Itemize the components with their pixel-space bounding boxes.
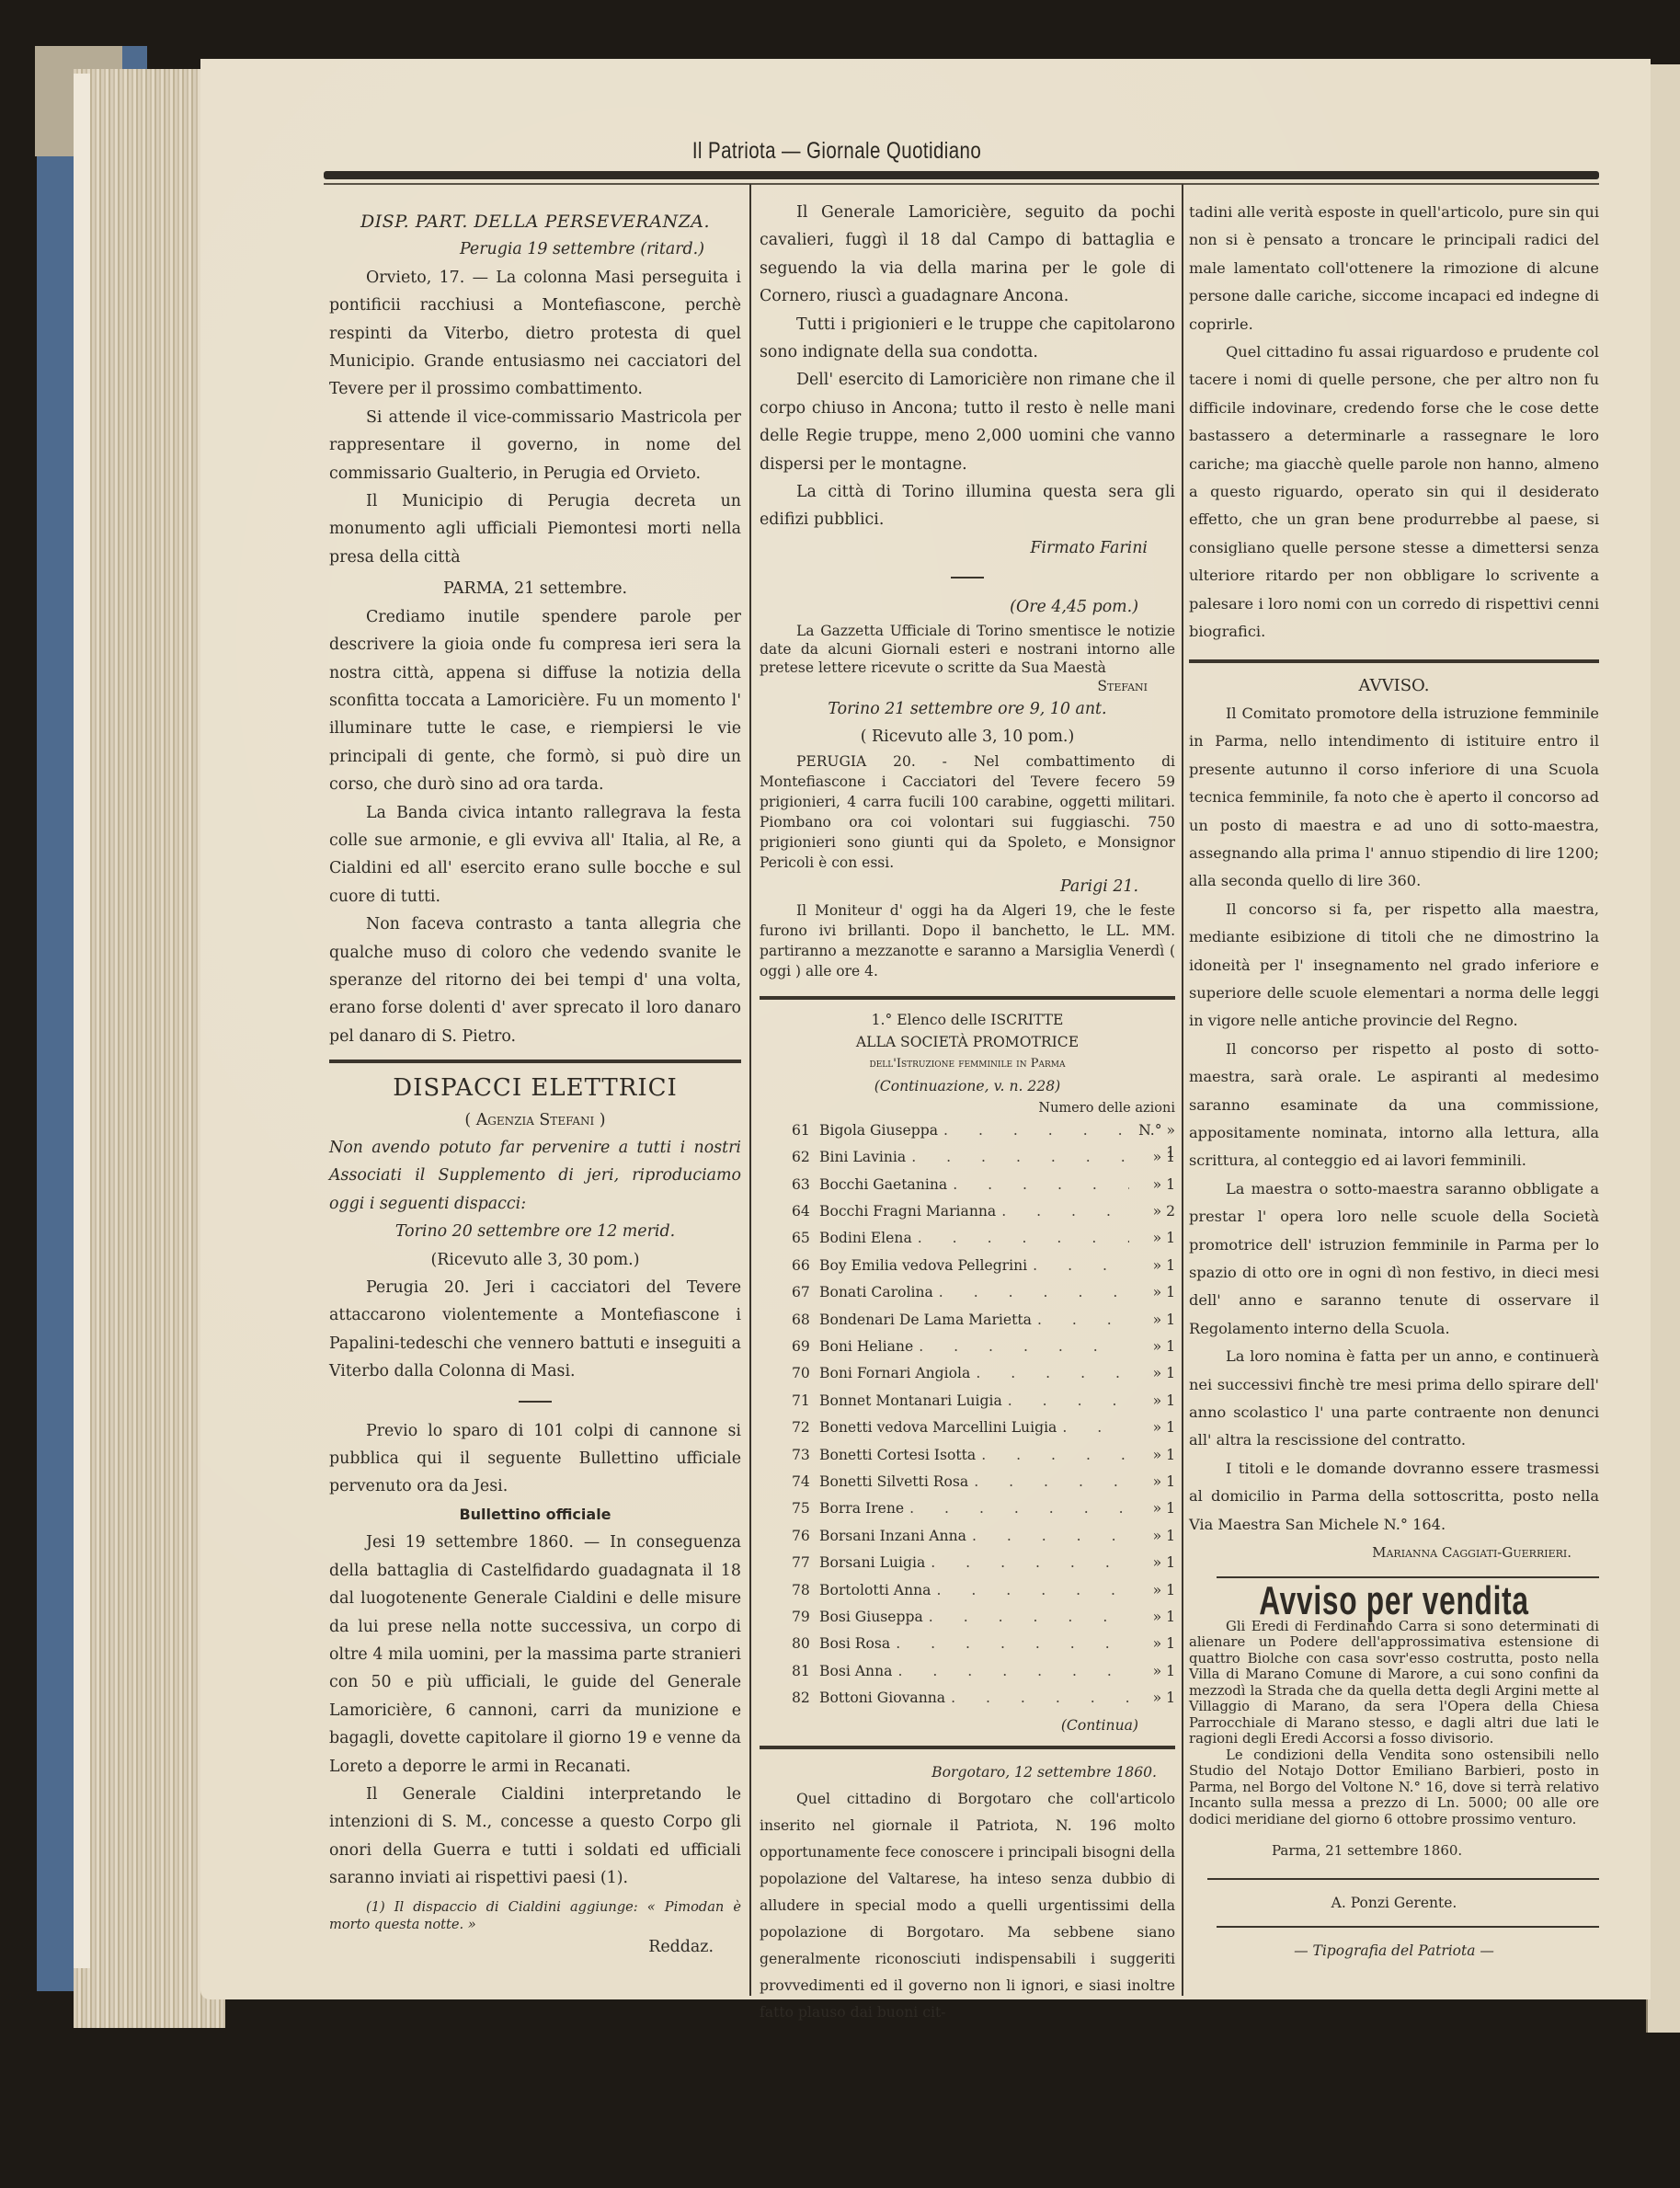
- column-1: DISP. PART. DELLA PERSEVERANZA. Perugia …: [329, 208, 741, 1961]
- column-2: Il Generale Lamoricière, seguito da poch…: [760, 199, 1175, 2026]
- sale-advertisement: Avviso per vendita Gli Eredi di Ferdinan…: [1189, 1587, 1599, 1865]
- member-number: 63: [792, 1174, 819, 1196]
- member-number: 69: [792, 1335, 819, 1357]
- signature: Stefani: [760, 677, 1175, 695]
- leader-dots: . . . . . . . . . .: [1032, 1309, 1129, 1331]
- share-count: » 1: [1129, 1606, 1175, 1628]
- paragraph: tadini alle verità esposte in quell'arti…: [1189, 199, 1599, 338]
- member-name: Bocchi Gaetanina: [819, 1174, 947, 1196]
- paragraph: La loro nomina è fatta per un anno, e co…: [1189, 1343, 1599, 1455]
- member-name: Bocchi Fragni Marianna: [819, 1200, 996, 1222]
- member-number: 76: [792, 1525, 819, 1547]
- leader-dots: . . . . . . . . . .: [947, 1174, 1129, 1196]
- list-item: 70Boni Fornari Angiola. . . . . . . . . …: [792, 1362, 1175, 1389]
- article-torino-21: Torino 21 settembre ore 9, 10 ant. ( Ric…: [760, 695, 1175, 981]
- list-item: 71Bonnet Montanari Luigia. . . . . . . .…: [792, 1390, 1175, 1416]
- leader-dots: . . . . . . . . . .: [1027, 1254, 1129, 1277]
- leader-dots: . . . . . . . . . .: [906, 1146, 1129, 1168]
- list-title: 1.° Elenco delle ISCRITTE: [760, 1009, 1175, 1031]
- share-count: » 1: [1129, 1362, 1175, 1384]
- footnote: (1) Il dispaccio di Cialdini aggiunge: «…: [329, 1898, 741, 1933]
- member-name: Bosi Giuseppa: [819, 1606, 923, 1628]
- section-rule: [329, 1060, 741, 1063]
- share-count: » 1: [1129, 1146, 1175, 1168]
- dateline: Perugia 19 settembre (ritard.): [329, 235, 741, 263]
- publisher-gerente: A. Ponzi Gerente.: [1189, 1889, 1599, 1917]
- leader-dots: . . . . . . . . . .: [925, 1552, 1129, 1574]
- article-perseveranza: DISP. PART. DELLA PERSEVERANZA. Perugia …: [329, 208, 741, 571]
- list-item: 80Bosi Rosa. . . . . . . . . .» 1: [792, 1632, 1175, 1659]
- leader-dots: . . . . . . . . . .: [923, 1606, 1129, 1628]
- member-name: Bini Lavinia: [819, 1146, 906, 1168]
- leader-dots: . . . . . . . . . .: [913, 1335, 1129, 1357]
- member-name: Bottoni Giovanna: [819, 1687, 945, 1709]
- section-rule: [760, 1746, 1175, 1749]
- list-item: 62Bini Lavinia. . . . . . . . . .» 1: [792, 1146, 1175, 1173]
- member-name: Bonnet Montanari Luigia: [819, 1390, 1002, 1412]
- leader-dots: . . . . . . . . . .: [938, 1119, 1129, 1141]
- list-item: 65Bodini Elena. . . . . . . . . .» 1: [792, 1227, 1175, 1254]
- article-gazzetta: La Gazzetta Ufficiale di Torino smentisc…: [760, 622, 1175, 695]
- paragraph: La Gazzetta Ufficiale di Torino smentisc…: [760, 622, 1175, 677]
- leader-dots: . . . . . . . . . .: [1002, 1390, 1129, 1412]
- paragraph: Il Generale Lamoricière, seguito da poch…: [760, 199, 1175, 311]
- leader-dots: . . . . . . . . . .: [996, 1200, 1129, 1222]
- member-number: 67: [792, 1281, 819, 1303]
- agency-credit: ( Agenzia Stefani ): [329, 1106, 741, 1134]
- signature: Marianna Caggiati-Guerrieri.: [1189, 1539, 1599, 1566]
- column-divider: [1182, 184, 1183, 1996]
- member-number: 65: [792, 1227, 819, 1249]
- paragraph: I titoli e le domande dovranno essere tr…: [1189, 1455, 1599, 1539]
- member-name: Bondenari De Lama Marietta: [819, 1309, 1032, 1331]
- list-item: 66Boy Emilia vedova Pellegrini. . . . . …: [792, 1254, 1175, 1281]
- list-item: 77Borsani Luigia. . . . . . . . . .» 1: [792, 1552, 1175, 1578]
- paragraph: Le condizioni della Vendita sono ostensi…: [1189, 1747, 1599, 1828]
- list-item: 64Bocchi Fragni Marianna. . . . . . . . …: [792, 1200, 1175, 1227]
- section-rule: [1207, 1878, 1599, 1880]
- article-parma: PARMA, 21 settembre. Crediamo inutile sp…: [329, 575, 741, 1050]
- member-name: Boni Heliane: [819, 1335, 913, 1357]
- member-name: Bonetti Silvetti Rosa: [819, 1471, 968, 1493]
- leader-dots: . . . . . . . . . .: [1057, 1416, 1129, 1438]
- list-title: ALLA SOCIETÀ PROMOTRICE: [760, 1031, 1175, 1053]
- paragraph: La Banda civica intanto rallegrava la fe…: [329, 799, 741, 911]
- ad-date: Parma, 21 settembre 1860.: [1189, 1837, 1599, 1864]
- received-time: (Ricevuto alle 3, 30 pom.): [329, 1246, 741, 1274]
- member-name: Bonati Carolina: [819, 1281, 933, 1303]
- column-3: tadini alle verità esposte in quell'arti…: [1189, 199, 1599, 1965]
- share-count: » 1: [1129, 1309, 1175, 1331]
- share-count: » 1: [1129, 1687, 1175, 1709]
- article-borgotaro: Borgotaro, 12 settembre 1860. Quel citta…: [760, 1758, 1175, 2026]
- list-item: 76Borsani Inzani Anna. . . . . . . . . .…: [792, 1525, 1175, 1552]
- share-count: » 1: [1129, 1660, 1175, 1682]
- member-name: Borsani Luigia: [819, 1552, 925, 1574]
- paragraph: Non faceva contrasto a tanta allegria ch…: [329, 911, 741, 1050]
- list-item: 61Bigola Giuseppa. . . . . . . . . .N.° …: [792, 1119, 1175, 1146]
- section-heading: DISPACCI ELETTRICI: [329, 1074, 741, 1102]
- article-bullettino: Bullettino officiale Jesi 19 settembre 1…: [329, 1501, 741, 1961]
- paragraph: Previo lo sparo di 101 colpi di cannone …: [329, 1417, 741, 1501]
- paragraph: Dell' esercito di Lamoricière non rimane…: [760, 366, 1175, 478]
- member-number: 78: [792, 1579, 819, 1601]
- share-count: » 2: [1129, 1200, 1175, 1222]
- member-name: Bonetti vedova Marcellini Luigia: [819, 1416, 1057, 1438]
- member-name: Bosi Rosa: [819, 1632, 890, 1655]
- share-count: » 1: [1129, 1254, 1175, 1277]
- leader-dots: . . . . . . . . . .: [890, 1632, 1129, 1655]
- section-heading: DISP. PART. DELLA PERSEVERANZA.: [329, 208, 741, 235]
- member-name: Bonetti Cortesi Isotta: [819, 1444, 976, 1466]
- share-count: » 1: [1129, 1390, 1175, 1412]
- member-number: 82: [792, 1687, 819, 1709]
- share-count: » 1: [1129, 1416, 1175, 1438]
- member-number: 74: [792, 1471, 819, 1493]
- member-name: Borsani Inzani Anna: [819, 1525, 966, 1547]
- article-borgotaro-continued: tadini alle verità esposte in quell'arti…: [1189, 199, 1599, 647]
- member-number: 71: [792, 1390, 819, 1412]
- paragraph: Il Comitato promotore della istruzione f…: [1189, 700, 1599, 896]
- section-heading: PARMA, 21 settembre.: [329, 575, 741, 602]
- leader-dots: . . . . . . . . . .: [892, 1660, 1129, 1682]
- list-item: 74Bonetti Silvetti Rosa. . . . . . . . .…: [792, 1471, 1175, 1497]
- share-count: » 1: [1129, 1335, 1175, 1357]
- member-name: Bosi Anna: [819, 1660, 892, 1682]
- section-heading: AVVISO.: [1189, 672, 1599, 700]
- paragraph: Il Generale Cialdini interpretando le in…: [329, 1781, 741, 1893]
- list-item: 82Bottoni Giovanna. . . . . . . . . .» 1: [792, 1687, 1175, 1713]
- dateline: Parigi 21.: [760, 873, 1175, 900]
- member-name: Bortolotti Anna: [819, 1579, 931, 1601]
- member-number: 77: [792, 1552, 819, 1574]
- member-number: 68: [792, 1309, 819, 1331]
- paragraph: Il Moniteur d' oggi ha da Algeri 19, che…: [760, 900, 1175, 981]
- share-count: » 1: [1129, 1579, 1175, 1601]
- member-number: 66: [792, 1254, 819, 1277]
- page-stack-front-edge: [74, 74, 90, 1968]
- article-lamoriciere: Il Generale Lamoricière, seguito da poch…: [760, 199, 1175, 562]
- list-item: 78Bortolotti Anna. . . . . . . . . .» 1: [792, 1579, 1175, 1606]
- column-header: Numero delle azioni: [760, 1097, 1175, 1119]
- paragraph: Tutti i prigionieri e le truppe che capi…: [760, 311, 1175, 367]
- leader-dots: . . . . . . . . . .: [966, 1525, 1129, 1547]
- list-item: 72Bonetti vedova Marcellini Luigia. . . …: [792, 1416, 1175, 1443]
- masthead-title: Il Patriota — Giornale Quotidiano: [573, 138, 1101, 165]
- member-name: Borra Irene: [819, 1497, 904, 1519]
- list-title: dell'Istruzione femminile in Parma: [760, 1053, 1175, 1075]
- member-number: 80: [792, 1632, 819, 1655]
- facing-page-edge: [1646, 64, 1680, 2033]
- member-number: 62: [792, 1146, 819, 1168]
- share-count: » 1: [1129, 1471, 1175, 1493]
- list-item: 75Borra Irene. . . . . . . . . .» 1: [792, 1497, 1175, 1524]
- list-item: 69Boni Heliane. . . . . . . . . .» 1: [792, 1335, 1175, 1362]
- dateline: Torino 20 settembre ore 12 merid.: [329, 1218, 741, 1245]
- share-count: » 1: [1129, 1552, 1175, 1574]
- share-count: » 1: [1129, 1497, 1175, 1519]
- share-count: » 1: [1129, 1281, 1175, 1303]
- signature: Reddaz.: [329, 1933, 741, 1961]
- dateline: Borgotaro, 12 settembre 1860.: [760, 1758, 1175, 1786]
- member-number: 73: [792, 1444, 819, 1466]
- article-dispacci: DISPACCI ELETTRICI ( Agenzia Stefani ) N…: [329, 1074, 741, 1501]
- leader-dots: . . . . . . . . . .: [976, 1444, 1129, 1466]
- member-number: 75: [792, 1497, 819, 1519]
- separator-dash: [519, 1401, 552, 1403]
- continuation-note: (Continuazione, v. n. 228): [760, 1075, 1175, 1097]
- section-rule: [1217, 1926, 1599, 1928]
- list-item: 67Bonati Carolina. . . . . . . . . .» 1: [792, 1281, 1175, 1308]
- list-item: 79Bosi Giuseppa. . . . . . . . . .» 1: [792, 1606, 1175, 1632]
- time-stamp: (Ore 4,45 pom.): [760, 593, 1175, 621]
- masthead-rule-thin: [324, 183, 1599, 185]
- leader-dots: . . . . . . . . . .: [904, 1497, 1129, 1519]
- share-count: » 1: [1129, 1525, 1175, 1547]
- column-divider: [749, 184, 751, 1996]
- list-item: 63Bocchi Gaetanina. . . . . . . . . .» 1: [792, 1174, 1175, 1200]
- separator-dash: [951, 577, 984, 579]
- section-rule: [1189, 659, 1599, 663]
- share-count: » 1: [1129, 1227, 1175, 1249]
- list-item: 73Bonetti Cortesi Isotta. . . . . . . . …: [792, 1444, 1175, 1471]
- leader-dots: . . . . . . . . . .: [945, 1687, 1129, 1709]
- leader-dots: . . . . . . . . . .: [933, 1281, 1129, 1303]
- paragraph: Il Municipio di Perugia decreta un monum…: [329, 487, 741, 571]
- avviso-notice: AVVISO. Il Comitato promotore della istr…: [1189, 672, 1599, 1567]
- paragraph: Quel cittadino fu assai riguardoso e pru…: [1189, 338, 1599, 646]
- paragraph: Crediamo inutile spendere parole per des…: [329, 603, 741, 799]
- member-name: Bigola Giuseppa: [819, 1119, 938, 1141]
- leader-dots: . . . . . . . . . .: [912, 1227, 1129, 1249]
- printer-credit: — Tipografia del Patriota —: [1189, 1937, 1599, 1965]
- leader-dots: . . . . . . . . . .: [931, 1579, 1129, 1601]
- list-rows: 61Bigola Giuseppa. . . . . . . . . .N.° …: [760, 1119, 1175, 1714]
- paragraph: La maestra o sotto-maestra saranno obbli…: [1189, 1175, 1599, 1343]
- paragraph: Il concorso si fa, per rispetto alla mae…: [1189, 896, 1599, 1036]
- received-time: ( Ricevuto alle 3, 10 pom.): [760, 723, 1175, 750]
- continua-note: (Continua): [760, 1714, 1175, 1736]
- paragraph: Si attende il vice-commissario Mastricol…: [329, 404, 741, 487]
- share-count: » 1: [1129, 1174, 1175, 1196]
- member-name: Boy Emilia vedova Pellegrini: [819, 1254, 1027, 1277]
- subscriber-list: 1.° Elenco delle ISCRITTE ALLA SOCIETÀ P…: [760, 1009, 1175, 1736]
- masthead-rule: [324, 171, 1599, 179]
- leader-dots: . . . . . . . . . .: [968, 1471, 1129, 1493]
- paragraph: Il concorso per rispetto al posto di sot…: [1189, 1036, 1599, 1175]
- list-item: 81Bosi Anna. . . . . . . . . .» 1: [792, 1660, 1175, 1687]
- ad-heading: Avviso per vendita: [1246, 1587, 1541, 1615]
- signature: Firmato Farini: [760, 534, 1175, 562]
- paragraph: Gli Eredi di Ferdinando Carra si sono de…: [1189, 1619, 1599, 1747]
- member-name: Boni Fornari Angiola: [819, 1362, 970, 1384]
- member-number: 81: [792, 1660, 819, 1682]
- member-number: 72: [792, 1416, 819, 1438]
- list-item: 68Bondenari De Lama Marietta. . . . . . …: [792, 1309, 1175, 1335]
- section-rule: [760, 996, 1175, 1000]
- member-number: 64: [792, 1200, 819, 1222]
- paragraph: PERUGIA 20. - Nel combattimento di Monte…: [760, 751, 1175, 873]
- leader-dots: . . . . . . . . . .: [970, 1362, 1129, 1384]
- paragraph: Quel cittadino di Borgotaro che coll'art…: [760, 1786, 1175, 2026]
- notice: Non avendo potuto far pervenire a tutti …: [329, 1134, 741, 1218]
- member-number: 70: [792, 1362, 819, 1384]
- share-count: » 1: [1129, 1632, 1175, 1655]
- paragraph: Jesi 19 settembre 1860. — In conseguenza…: [329, 1529, 741, 1781]
- member-number: 79: [792, 1606, 819, 1628]
- dateline: Torino 21 settembre ore 9, 10 ant.: [760, 695, 1175, 723]
- share-count: » 1: [1129, 1444, 1175, 1466]
- paragraph: La città di Torino illumina questa sera …: [760, 478, 1175, 534]
- section-heading: Bullettino officiale: [329, 1501, 741, 1529]
- member-name: Bodini Elena: [819, 1227, 912, 1249]
- member-number: 61: [792, 1119, 819, 1141]
- paragraph: Perugia 20. Jeri i cacciatori del Tevere…: [329, 1274, 741, 1386]
- paragraph: Orvieto, 17. — La colonna Masi perseguit…: [329, 264, 741, 404]
